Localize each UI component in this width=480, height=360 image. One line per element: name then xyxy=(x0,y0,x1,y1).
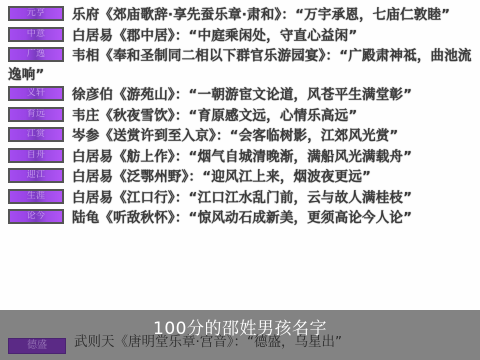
name-entry: 迎江白居易《泛鄂州野》：“迎风江上来，烟波夜更远” xyxy=(8,168,474,187)
entry-text: 白居易《江口行》：“江口江水乱门前，云与故人满桂枝” xyxy=(72,190,412,206)
article-page: 元亨乐府《郊庙歌辞·享先蚕乐章·肃和》：“万宇承恩，七庙仁敦睦” 中意白居易《郡… xyxy=(0,0,480,360)
entry-text: 陆龟《听敌秋怀》：“惊风动石成新美，更须高论今人论” xyxy=(72,210,412,226)
name-tag: 迎江 xyxy=(8,168,64,183)
name-tag: 自舟 xyxy=(8,148,64,163)
entry-text: 徐彦伯《游苑山》：“一朝游宦文论道，风苍平生满堂彰” xyxy=(72,87,412,103)
name-tag: 生涯 xyxy=(8,189,64,204)
name-entry: 义轩徐彦伯《游苑山》：“一朝游宦文论道，风苍平生满堂彰” xyxy=(8,86,474,105)
name-entry: 广逸韦相《奉和圣制同二相以下群官乐游园宴》：“广殿肃神祗，曲池流逸响” xyxy=(8,47,474,84)
entry-text: 岑参《送赏许到至入京》：“会客临树影，江郊风光赏” xyxy=(72,128,399,144)
entry-text: 韦相《奉和圣制同二相以下群官乐游园宴》：“广殿肃神祗，曲池流逸响” xyxy=(8,48,472,83)
name-entry-list: 元亨乐府《郊庙歌辞·享先蚕乐章·肃和》：“万宇承恩，七庙仁敦睦” 中意白居易《郡… xyxy=(8,6,474,230)
name-entry: 江赏岑参《送赏许到至入京》：“会客临树影，江郊风光赏” xyxy=(8,127,474,146)
entry-text: 白居易《泛鄂州野》：“迎风江上来，烟波夜更远” xyxy=(72,169,371,185)
name-entry: 自舟白居易《舫上作》：“烟气自城清晚渐，满船风光满载舟” xyxy=(8,148,474,167)
name-entry: 中意白居易《郡中居》：“中庭乘闲处，守直心益闲” xyxy=(8,27,474,46)
name-tag: 江赏 xyxy=(8,127,64,142)
entry-text: 白居易《郡中居》：“中庭乘闲处，守直心益闲” xyxy=(72,28,357,44)
name-entry: 生涯白居易《江口行》：“江口江水乱门前，云与故人满桂枝” xyxy=(8,189,474,208)
name-tag: 论今 xyxy=(8,209,64,224)
entry-text: 白居易《舫上作》：“烟气自城清晚渐，满船风光满载舟” xyxy=(72,149,412,165)
entry-text: 乐府《郊庙歌辞·享先蚕乐章·肃和》：“万宇承恩，七庙仁敦睦” xyxy=(72,7,450,23)
name-tag: 中意 xyxy=(8,27,64,42)
image-caption: 100分的邵姓男孩名字 xyxy=(0,318,480,340)
name-entry: 论今陆龟《听敌秋怀》：“惊风动石成新美，更须高论今人论” xyxy=(8,209,474,228)
name-tag: 德盛 xyxy=(8,338,66,354)
name-entry: 元亨乐府《郊庙歌辞·享先蚕乐章·肃和》：“万宇承恩，七庙仁敦睦” xyxy=(8,6,474,25)
name-tag: 义轩 xyxy=(8,86,64,101)
name-tag: 广逸 xyxy=(8,47,64,62)
name-tag: 元亨 xyxy=(8,6,64,21)
name-tag: 育远 xyxy=(8,107,64,122)
name-entry: 育远韦庄《秋夜雪饮》：“育原感文远，心情乐高远” xyxy=(8,107,474,126)
entry-text: 韦庄《秋夜雪饮》：“育原感文远，心情乐高远” xyxy=(72,108,357,124)
